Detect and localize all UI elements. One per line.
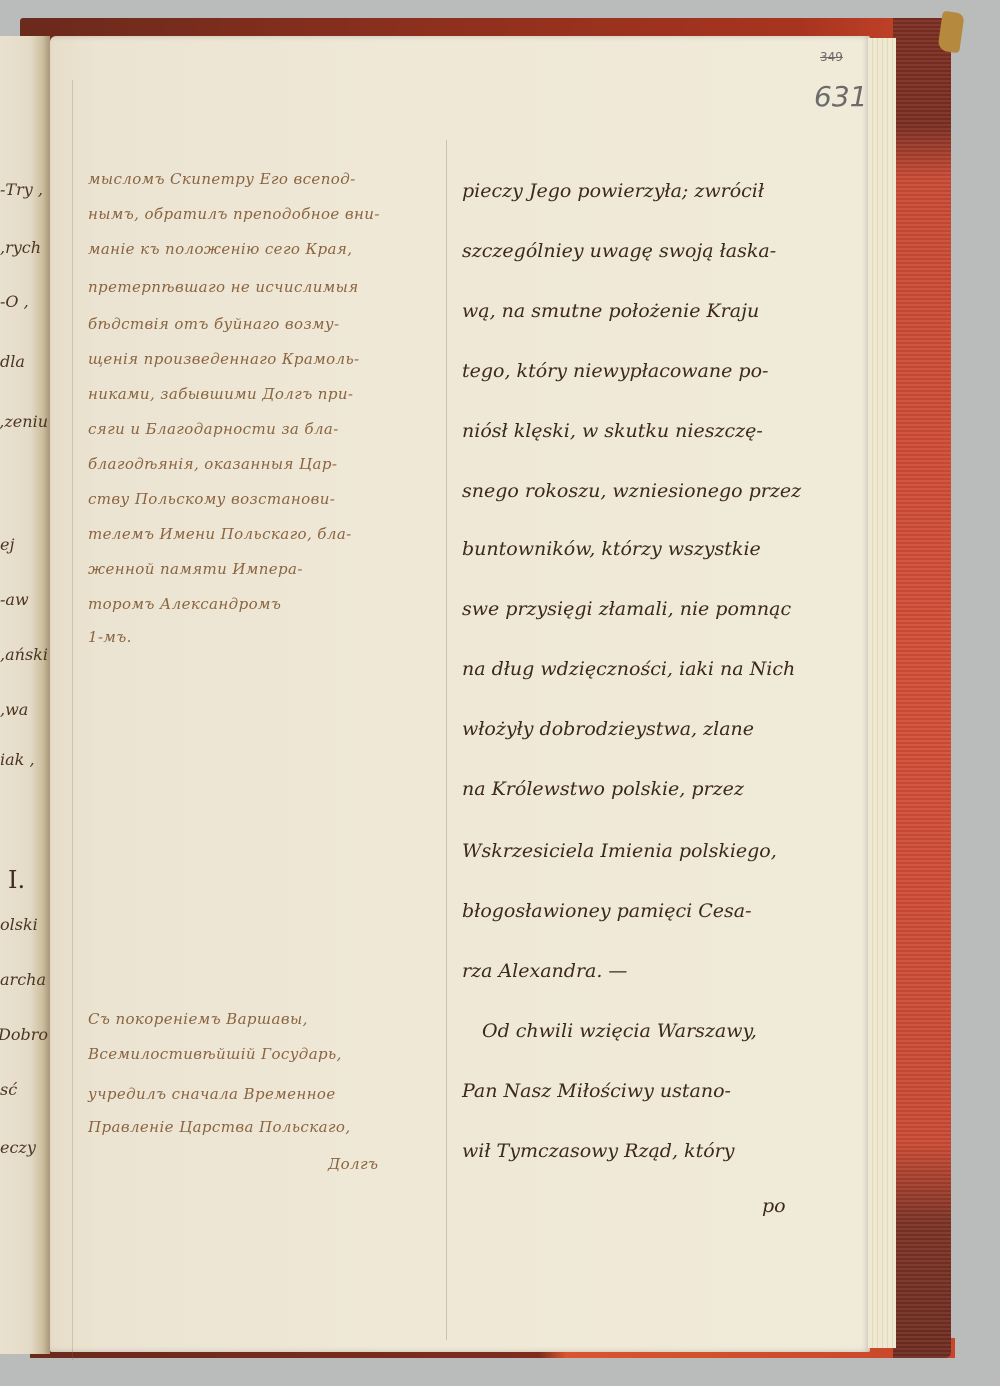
previous-page-fragment: dla xyxy=(0,352,48,371)
manuscript-line: Od chwili wzięcia Warszawy, xyxy=(482,1020,757,1042)
previous-page-fragment: ej xyxy=(0,535,48,554)
previous-page-fragment: zeniu, xyxy=(0,412,48,431)
manuscript-line: 1-мъ. xyxy=(88,628,132,646)
left-margin-rule xyxy=(72,80,73,1360)
manuscript-line: Pan Nasz Miłościwy ustano- xyxy=(462,1080,731,1102)
manuscript-line: манiе къ положенiю сего Края, xyxy=(88,240,352,258)
manuscript-line: swe przysięgi złamali, nie pomnąc xyxy=(462,598,791,620)
previous-page-fragment: , iak xyxy=(0,750,48,769)
manuscript-page xyxy=(50,36,870,1352)
manuscript-line: snego rokoszu, wzniesionego przez xyxy=(462,480,801,502)
manuscript-line: нымъ, обратилъ преподобное вни- xyxy=(88,205,380,223)
manuscript-line: щенiя произведеннаго Крамоль- xyxy=(88,350,360,368)
manuscript-line: никами, забывшими Долгъ при- xyxy=(88,385,353,403)
previous-page-fragment: aw- xyxy=(0,590,48,609)
column-divider-rule xyxy=(446,140,447,1340)
manuscript-line: Wskrzesiciela Imienia polskiego, xyxy=(462,840,777,862)
manuscript-line: po xyxy=(762,1195,786,1217)
manuscript-line: rza Alexandra. — xyxy=(462,960,627,982)
manuscript-line: торомъ Александромъ xyxy=(88,595,281,613)
manuscript-line: na Królewstwo polskie, przez xyxy=(462,778,744,800)
previous-page-fragment: archa xyxy=(0,970,48,989)
previous-page-fragment: olski xyxy=(0,915,48,934)
manuscript-line: włożyły dobrodzieystwa, zlane xyxy=(462,718,754,740)
book-cover-red-spine xyxy=(893,18,951,1358)
manuscript-line: Всемилостивѣйшiй Государь, xyxy=(88,1045,342,1063)
manuscript-line: wił Tymczasowy Rząd, który xyxy=(462,1140,734,1162)
manuscript-line: ству Польскому возстанови- xyxy=(88,490,335,508)
manuscript-line: Съ покоренiемъ Варшавы, xyxy=(88,1010,308,1028)
page-stack-edges xyxy=(868,38,896,1348)
folio-number-crossed: 349 xyxy=(820,50,843,64)
manuscript-line: Долгъ xyxy=(328,1155,378,1173)
previous-page-fragment: , O- xyxy=(0,292,48,311)
manuscript-line: Правленiе Царства Польскаго, xyxy=(88,1118,351,1136)
manuscript-line: niósł klęski, w skutku nieszczę- xyxy=(462,420,763,442)
manuscript-line: сяги и Благодарности за бла- xyxy=(88,420,339,438)
manuscript-line: tego, który niewypłacowane po- xyxy=(462,360,768,382)
manuscript-line: учредилъ сначала Временное xyxy=(88,1085,336,1103)
previous-page-fragment: Dobro xyxy=(0,1025,48,1044)
previous-page-fragment: rych, xyxy=(0,238,48,257)
manuscript-line: благодѣянiя, оказанныя Цар- xyxy=(88,455,337,473)
manuscript-line: бѣдствiя отъ буйнаго возму- xyxy=(88,315,339,333)
previous-page-fragment: ański, xyxy=(0,645,48,664)
manuscript-line: женной памяти Импера- xyxy=(88,560,303,578)
manuscript-line: wą, na smutne położenie Kraju xyxy=(462,300,759,322)
manuscript-line: претерпѣвшаго не исчислимыя xyxy=(88,278,359,296)
previous-page-fragment: eczy xyxy=(0,1138,48,1157)
manuscript-line: мысломъ Скипетру Его всепод- xyxy=(88,170,356,188)
manuscript-line: buntowników, którzy wszystkie xyxy=(462,538,761,560)
manuscript-line: błogosławioney pamięci Cesa- xyxy=(462,900,752,922)
cover-corner-tab xyxy=(937,11,964,54)
previous-page-fragment: wa, xyxy=(0,700,48,719)
previous-page-fragment: , Try- xyxy=(0,180,48,199)
previous-page-fragment: sć xyxy=(0,1080,48,1099)
previous-page-heading: I. xyxy=(8,866,25,894)
manuscript-line: szczególniey uwagę swoją łaska- xyxy=(462,240,776,262)
folio-number: 631 xyxy=(814,80,867,113)
manuscript-line: na dług wdzięczności, iaki na Nich xyxy=(462,658,795,680)
manuscript-line: телемъ Имени Польскаго, бла- xyxy=(88,525,352,543)
manuscript-line: pieczy Jego powierzyła; zwrócił xyxy=(462,180,764,202)
